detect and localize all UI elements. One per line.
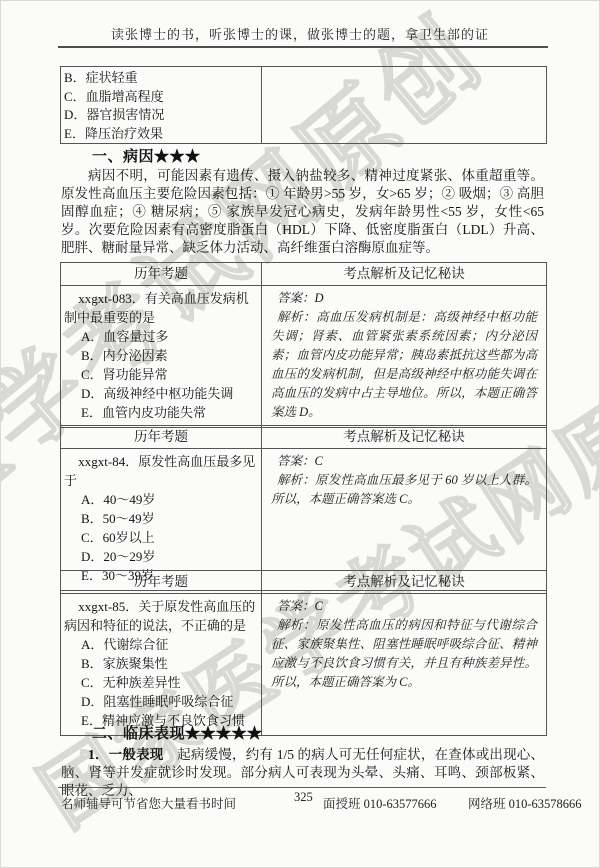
exam-table: 历年考题 考点解析及记忆秘诀 xxgxt-84．原发性高血压最多见于 A．40～… (60, 425, 547, 591)
column-header-analysis: 考点解析及记忆秘诀 (262, 263, 546, 285)
exam-table: 历年考题 考点解析及记忆秘诀 xxgxt-083．有关高血压发病机制中最重要的是… (60, 262, 547, 428)
analysis-text: 解析：原发性高血压最多见于 60 岁以上人群。所以，本题正确答案选 C。 (271, 471, 537, 509)
question-text: xxgxt-84．原发性高血压最多见于 (64, 452, 256, 490)
option-item: C．60岁以上 (64, 528, 256, 547)
question-cell: xxgxt-85．关于原发性高血压的病因和特征的说法，不正确的是 A．代谢综合征… (61, 594, 262, 735)
question-text: xxgxt-85．关于原发性高血压的病因和特征的说法，不正确的是 (64, 597, 256, 635)
answer-text: 答案：C (271, 597, 537, 616)
header-rule (58, 46, 548, 48)
option-item: E．降压治疗效果 (64, 125, 256, 144)
option-item: C．肾功能异常 (64, 365, 256, 384)
column-header-questions: 历年考题 (61, 571, 262, 593)
exam-table-header: 历年考题 考点解析及记忆秘诀 (61, 571, 546, 594)
exam-table: 历年考题 考点解析及记忆秘诀 xxgxt-85．关于原发性高血压的病因和特征的说… (60, 570, 547, 736)
option-item: B．家族聚集性 (64, 654, 256, 673)
option-item: B．症状轻重 (64, 69, 256, 88)
exam-table-header: 历年考题 考点解析及记忆秘诀 (61, 263, 546, 286)
option-item: E．血管内皮功能失常 (64, 403, 256, 422)
answer-text: 答案：D (271, 289, 537, 308)
top-table-empty-cell (262, 67, 546, 143)
option-item: A．血容量过多 (64, 327, 256, 346)
footer-phone-classroom: 面授班 010-63577666 (323, 794, 437, 812)
section-title-etiology: 一、病因★★★ (92, 145, 201, 166)
option-item: C．无种族差异性 (64, 673, 256, 692)
question-text: xxgxt-083．有关高血压发病机制中最重要的是 (64, 289, 256, 327)
content-layer: 读张博士的书，听张博士的课，做张博士的题，拿卫生部的证 B．症状轻重 C．血脂增… (0, 0, 600, 868)
column-header-questions: 历年考题 (61, 426, 262, 448)
analysis-text: 解析：高血压发病机制是：高级神经中枢功能失调；肾素、血管紧张素系统因素；内分泌因… (271, 308, 537, 422)
column-header-questions: 历年考题 (61, 263, 262, 285)
footer-phone-online: 网络班 010-63578666 (468, 794, 582, 812)
top-table-options-cell: B．症状轻重 C．血脂增高程度 D．器官损害情况 E．降压治疗效果 (61, 67, 262, 143)
question-cell: xxgxt-083．有关高血压发病机制中最重要的是 A．血容量过多 B．内分泌因… (61, 286, 262, 427)
footer-rule (58, 787, 546, 788)
question-cell: xxgxt-84．原发性高血压最多见于 A．40～49岁 B．50～49岁 C．… (61, 449, 262, 590)
clinical-paragraph-lead: 1．一般表现 (88, 747, 163, 762)
option-item: B．50～49岁 (64, 509, 256, 528)
analysis-text: 解析：原发性高血压的病因和特征与代谢综合征、家族聚集性、阻塞性睡眠呼吸综合征、精… (271, 616, 537, 692)
exam-table-header: 历年考题 考点解析及记忆秘诀 (61, 426, 546, 449)
analysis-cell: 答案：C 解析：原发性高血压最多见于 60 岁以上人群。所以，本题正确答案选 C… (262, 449, 546, 590)
etiology-paragraph: 病因不明，可能因素有遗传、摄入钠盐较多、精神过度紧张、体重超重等。原发性高血压主… (61, 167, 544, 257)
column-header-analysis: 考点解析及记忆秘诀 (262, 571, 546, 593)
header-slogan: 读张博士的书，听张博士的课，做张博士的题，拿卫生部的证 (0, 24, 600, 43)
option-item: D．阻塞性睡眠呼吸综合征 (64, 692, 256, 711)
top-options-table: B．症状轻重 C．血脂增高程度 D．器官损害情况 E．降压治疗效果 (60, 66, 547, 144)
answer-text: 答案：C (271, 452, 537, 471)
section-title-clinical: 二、临床表现★★★★★ (92, 722, 263, 743)
analysis-cell: 答案：D 解析：高血压发病机制是：高级神经中枢功能失调；肾素、血管紧张素系统因素… (262, 286, 546, 427)
column-header-analysis: 考点解析及记忆秘诀 (262, 426, 546, 448)
document-page: 国家医学考试网原创 国家医学考试网原创 读张博士的书，听张博士的课，做张博士的题… (0, 0, 600, 868)
analysis-cell: 答案：C 解析：原发性高血压的病因和特征与代谢综合征、家族聚集性、阻塞性睡眠呼吸… (262, 594, 546, 735)
option-item: A．代谢综合征 (64, 635, 256, 654)
option-item: D．高级神经中枢功能失调 (64, 384, 256, 403)
page-footer: 名师辅导可节省您大量看书时间 325 面授班 010-63577666 网络班 … (0, 792, 600, 816)
option-item: D．器官损害情况 (64, 106, 256, 125)
footer-tagline: 名师辅导可节省您大量看书时间 (61, 794, 236, 812)
option-item: B．内分泌因素 (64, 346, 256, 365)
option-item: A．40～49岁 (64, 490, 256, 509)
page-number: 325 (294, 790, 313, 805)
option-item: D．20～29岁 (64, 547, 256, 566)
option-item: C．血脂增高程度 (64, 88, 256, 107)
